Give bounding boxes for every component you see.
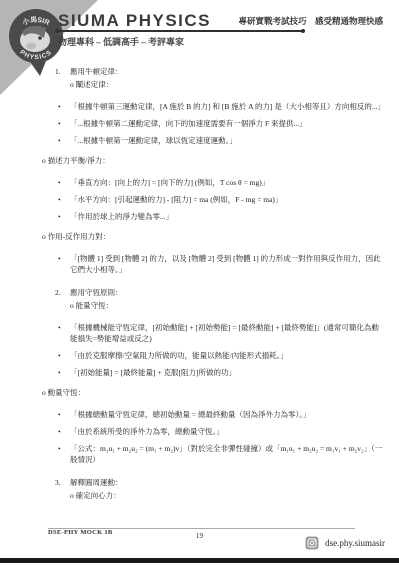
mascot-snout <box>26 43 36 50</box>
section-number: 2. <box>55 287 70 298</box>
bullet-text: 「由於克服摩擦/空氣阻力所做的功，能量以熱能/內能形式損耗。」 <box>70 351 288 360</box>
section-title: 應用牛頓定律： <box>70 66 123 77</box>
notes-content: 1. 應用牛頓定律： o 闡述定律： • 「根據牛頓第三運動定律，[A 施於 B… <box>0 54 383 501</box>
list-item: • 「根據牛頓第三運動定律，[A 施於 B 的力] 和 [B 施於 A 的力] … <box>0 101 383 112</box>
list-item: • 「[物體 1] 受到 [物體 2] 的力，以及 [物體 2] 受到 [物體 … <box>0 253 383 275</box>
section-2-heading: 2. 應用守恆原則： <box>55 287 383 298</box>
list-item: • 「垂直方向：[向上的力] = [向下的力] (例如，T cos θ = mg… <box>0 177 383 188</box>
bullet-text: 「[物體 1] 受到 [物體 2] 的力，以及 [物體 2] 受到 [物體 1]… <box>70 254 381 274</box>
bullet-text: 「...根據牛頓第一運動定律，球以恆定速度運動。」 <box>70 136 237 145</box>
section-title: 應用守恆原則： <box>70 287 123 298</box>
bullet-marker: • <box>58 322 61 333</box>
instagram-icon <box>305 536 319 550</box>
bullet-text: 「根據機械能守恆定律，[初始動能] + [初始勢能] = [最終動能] + [最… <box>70 323 379 343</box>
mascot-eye <box>38 36 42 40</box>
brand-title: SIUMA PHYSICS <box>58 11 211 31</box>
header-tagline: 物理專科 – 低調高手 – 考評專家 <box>58 35 184 48</box>
bullet-text: 「水平方向：[引起運動的力] - [阻力] = ma (例如，F - mg = … <box>70 195 282 204</box>
list-item: • 「根據機械能守恆定律，[初始動能] + [初始勢能] = [最終動能] + … <box>0 322 383 344</box>
bullet-marker: • <box>58 135 61 146</box>
list-item: • 「由於克服摩擦/空氣阻力所做的功，能量以熱能/內能形式損耗。」 <box>0 350 383 361</box>
bullet-marker: • <box>58 253 61 264</box>
bullet-group-energy: • 「根據機械能守恆定律，[初始動能] + [初始勢能] = [最終動能] + … <box>0 322 383 378</box>
section-3-heading: 3. 解釋圓周運動： <box>55 477 383 488</box>
bullet-text: 「公式：m₁u₁ + m₂u₂ = (m₁ + m₂)v」（對於完全非彈性碰撞）… <box>70 444 382 464</box>
subsection-action-reaction: o 作用-反作用力對： <box>42 231 383 242</box>
bullet-text: 「作用於球上的淨力變為零...」 <box>70 212 173 221</box>
bullet-marker: • <box>58 367 61 378</box>
header-slogan: 專研實戰考試技巧 感受精通物理快感 <box>238 15 383 27</box>
bullet-group-laws: • 「根據牛頓第三運動定律，[A 施於 B 的力] 和 [B 施於 A 的力] … <box>0 101 383 146</box>
bullet-marker: • <box>58 443 61 454</box>
bullet-text: 「由於系統所受的淨外力為零，總動量守恆。」 <box>70 427 224 436</box>
bullet-marker: • <box>58 211 61 222</box>
instagram-handle: dse.phy.siumasir <box>325 538 385 548</box>
list-item: • 「作用於球上的淨力變為零...」 <box>0 211 383 222</box>
list-item: • 「...根據牛頓第一運動定律，球以恆定速度運動。」 <box>0 135 383 146</box>
bullet-text: 「垂直方向：[向上的力] = [向下的力] (例如，T cos θ = mg)」 <box>70 178 269 187</box>
list-item: • 「由於系統所受的淨外力為零，總動量守恆。」 <box>0 426 383 437</box>
bullet-text: 「根據牛頓第三運動定律，[A 施於 B 的力] 和 [B 施於 A 的力] 是（… <box>70 102 385 111</box>
social-handle-row: dse.phy.siumasir <box>305 536 385 550</box>
header-divider-line <box>57 30 303 32</box>
list-item: • 「公式：m₁u₁ + m₂u₂ = (m₁ + m₂)v」（對於完全非彈性碰… <box>0 443 383 465</box>
subsection-energy-conservation: o 能量守恆： <box>70 300 383 311</box>
bullet-marker: • <box>58 409 61 420</box>
list-item: • 「[初始能量] = [最終能量] + 克服[阻力]所做的功」 <box>0 367 383 378</box>
bullet-text: 「...根據牛頓第二運動定律，向下的加速度需要有一個淨力 F 來提供...」 <box>70 119 307 128</box>
list-item: • 「...根據牛頓第二運動定律，向下的加速度需要有一個淨力 F 來提供...」 <box>0 118 383 129</box>
section-number: 3. <box>55 477 70 488</box>
bullet-marker: • <box>58 350 61 361</box>
list-item: • 「水平方向：[引起運動的力] - [阻力] = ma (例如，F - mg … <box>0 194 383 205</box>
page-bottom-edge <box>0 558 399 563</box>
bullet-text: 「[初始能量] = [最終能量] + 克服[阻力]所做的功」 <box>70 368 236 377</box>
subsection-force-balance: o 描述力平衡/淨力： <box>42 155 383 166</box>
section-title: 解釋圓周運動： <box>70 477 123 488</box>
section-number: 1. <box>55 66 70 77</box>
section-1-heading: 1. 應用牛頓定律： <box>55 66 383 77</box>
subsection-momentum: o 動量守恆： <box>42 387 383 398</box>
bullet-text: 「根據總動量守恆定律，總初始動量 = 總最終動量（因為淨外力為零）。」 <box>70 410 310 419</box>
document-page: 小馬SIR PHYSICS SIUMA PHYSICS 專研實戰考試技巧 感受精… <box>0 0 399 565</box>
list-item: • 「根據總動量守恆定律，總初始動量 = 總最終動量（因為淨外力為零）。」 <box>0 409 383 420</box>
subsection-state-laws: o 闡述定律： <box>70 79 383 90</box>
bullet-marker: • <box>58 426 61 437</box>
bullet-marker: • <box>58 177 61 188</box>
bullet-marker: • <box>58 194 61 205</box>
bullet-marker: • <box>58 118 61 129</box>
bullet-marker: • <box>58 101 61 112</box>
subsection-centripetal-force: o 確定向心力： <box>70 490 383 501</box>
